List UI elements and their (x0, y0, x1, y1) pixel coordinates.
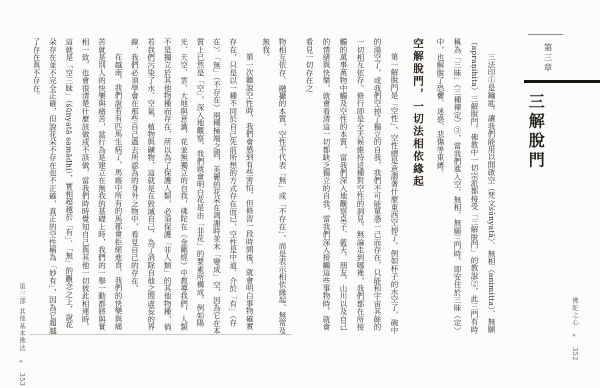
paragraph: 在越南，我們說若有匹馬生病了，馬廄中所有的馬都會拒絕進食，我們的快樂與痛苦就是別… (34, 38, 126, 335)
chapter-title-rule (524, 80, 600, 83)
page-number: 352 (571, 347, 578, 361)
left-page-running-foot: 第三部 其他基本佛法 ✳ 353 (17, 283, 26, 386)
paragraph-continuation: 物相互依存、融攝的本質，空性不代表「無」或「不存在」，而是表示相依緣起、無常及無… (257, 38, 290, 335)
paragraph: 三法印①是鑰匙，讓我們能用以開啟空（梵文śūnyatā）、無相（animitta… (432, 38, 500, 335)
right-page-body-text: 三法印①是鑰匙，讓我們能用以開啟空（梵文śūnyatā）、無相（animitta… (300, 38, 500, 335)
page-number: 353 (18, 373, 25, 387)
left-page-footer-rule (30, 334, 292, 335)
running-foot-section-title: 第三部 其他基本佛法 (18, 283, 25, 352)
paragraph: 第一解脫門是「空性」，空性總是意謂著什麼東西空掉了，例如杯子的水空了，碗中的湯空… (301, 38, 403, 335)
section-heading: 空解脫門，一切法相依緣起 (409, 38, 426, 335)
page-353: 物相互依存、融攝的本質，空性不代表「無」或「不存在」，而是表示相依緣起、無常及無… (0, 0, 298, 388)
book-spread: 物相互依存、融攝的本質，空性不代表「無」或「不存在」，而是表示相依緣起、無常及無… (0, 0, 600, 388)
footer-ornament-icon: ✳ (571, 333, 577, 340)
chapter-head-rule (528, 34, 563, 35)
chapter-title: 三解脫門 (524, 93, 547, 171)
page-352: 第三章 三解脫門 三法印①是鑰匙，讓我們能用以開啟空（梵文śūnyatā）、無相… (298, 0, 600, 388)
right-page-running-foot: 佛陀之心 ✳ 352 (570, 297, 579, 361)
paragraph: 第一次聽說空性時，我們會感到有些害怕，但修習一段時間後，就會明白事物確實存在，只… (126, 38, 257, 335)
running-foot-book-title: 佛陀之心 (571, 297, 578, 326)
chapter-number: 第三章 (541, 43, 553, 73)
left-page-body-text: 物相互依存、融攝的本質，空性不代表「無」或「不存在」，而是表示相依緣起、無常及無… (34, 38, 290, 335)
footer-ornament-icon: ✳ (18, 359, 24, 366)
